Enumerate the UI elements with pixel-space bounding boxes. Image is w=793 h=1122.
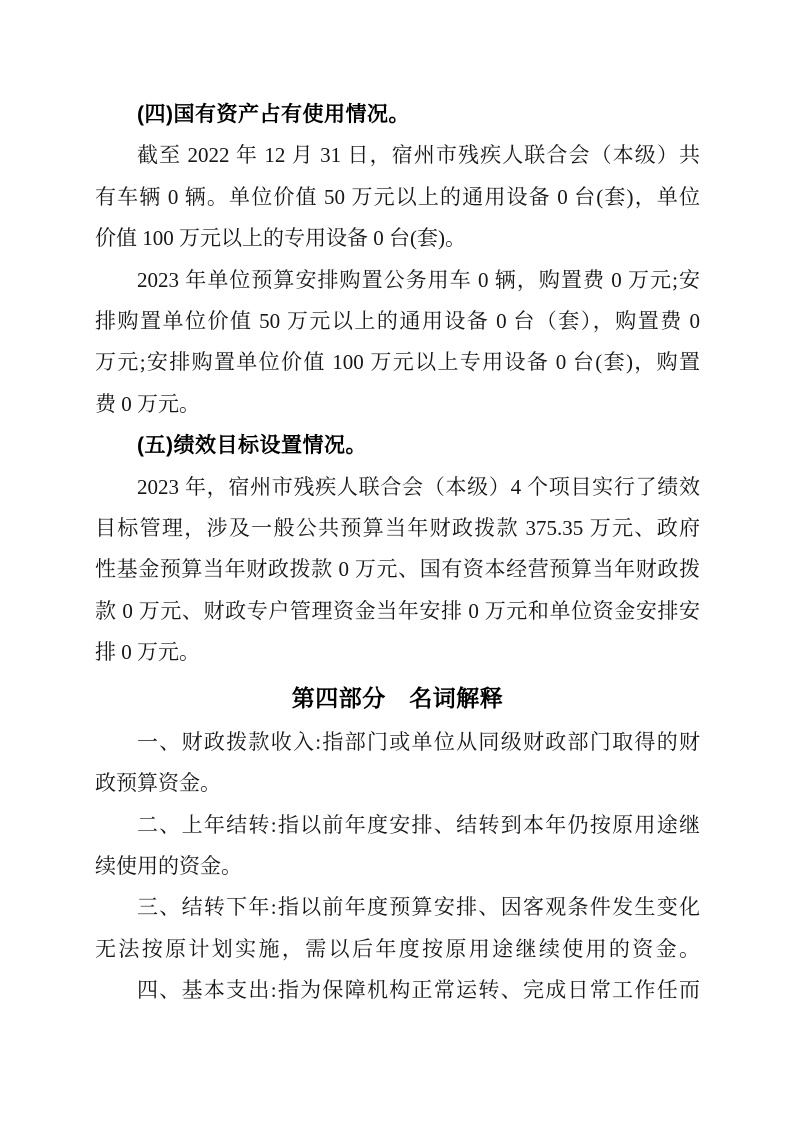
performance-para-line: 目标管理，涉及一般公共预算当年财政拨款 375.35 万元、政府: [95, 508, 700, 549]
glossary-term1-line: 一、财政拨款收入:指部门或单位从同级财政部门取得的财: [95, 722, 700, 763]
glossary-term1-line: 政预算资金。: [95, 763, 700, 804]
performance-para-line: 性基金预算当年财政拨款 0 万元、国有资本经营预算当年财政拨: [95, 549, 700, 590]
glossary-term3-line: 无法按原计划实施，需以后年度按原用途继续使用的资金。: [95, 929, 700, 970]
section-heading-state-assets: (四)国有资产占有使用情况。: [95, 94, 700, 135]
assets-para2-line: 费 0 万元。: [95, 384, 700, 425]
glossary-term2-line: 续使用的资金。: [95, 846, 700, 887]
performance-para-line: 款 0 万元、财政专户管理资金当年安排 0 万元和单位资金安排安: [95, 591, 700, 632]
glossary-term3-line: 三、结转下年:指以前年度预算安排、因客观条件发生变化: [95, 887, 700, 928]
performance-para-line: 2023 年，宿州市残疾人联合会（本级）4 个项目实行了绩效: [95, 467, 700, 508]
assets-para1-line: 价值 100 万元以上的专用设备 0 台(套)。: [95, 218, 700, 259]
glossary-term4-line: 四、基本支出:指为保障机构正常运转、完成日常工作任而: [95, 970, 700, 1011]
performance-para-line: 排 0 万元。: [95, 632, 700, 673]
assets-para2-line: 排购置单位价值 50 万元以上的通用设备 0 台（套），购置费 0: [95, 301, 700, 342]
part4-heading-glossary: 第四部分 名词解释: [95, 674, 700, 722]
assets-para2-line: 万元;安排购置单位价值 100 万元以上专用设备 0 台(套)，购置: [95, 342, 700, 383]
glossary-term2-line: 二、上年结转:指以前年度安排、结转到本年仍按原用途继: [95, 805, 700, 846]
section-heading-performance-targets: (五)绩效目标设置情况。: [95, 425, 700, 466]
document-page: (四)国有资产占有使用情况。 截至 2022 年 12 月 31 日，宿州市残疾…: [0, 0, 793, 1122]
assets-para1-line: 截至 2022 年 12 月 31 日，宿州市残疾人联合会（本级）共: [95, 135, 700, 176]
assets-para2-line: 2023 年单位预算安排购置公务用车 0 辆，购置费 0 万元;安: [95, 260, 700, 301]
assets-para1-line: 有车辆 0 辆。单位价值 50 万元以上的通用设备 0 台(套)，单位: [95, 177, 700, 218]
